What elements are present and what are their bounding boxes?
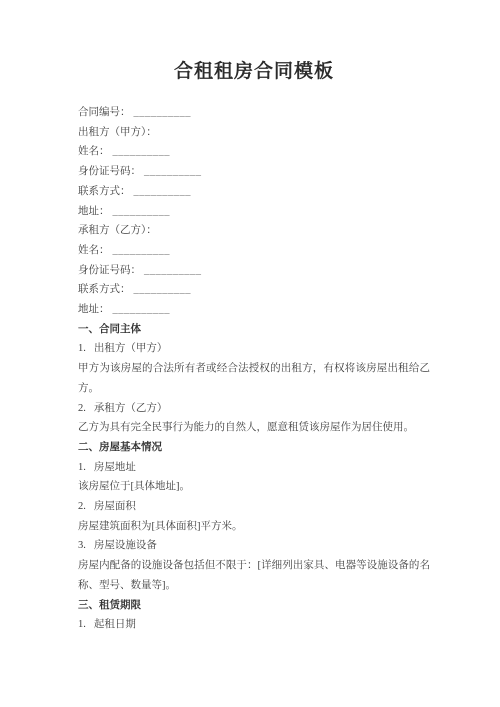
section-1-heading: 一、合同主体 [78,320,430,340]
lessee-name-label: 姓名： [78,245,110,256]
fill-in-blank: __________ [113,206,171,217]
lessee-name-field: 姓名：__________ [78,241,430,261]
lessee-contact-label: 联系方式： [78,284,131,295]
clause-title-text: 房屋设施设备 [94,540,157,551]
lessor-party-label: 出租方（甲方）： [78,123,430,143]
contract-number-field: 合同编号：__________ [78,103,430,123]
fill-in-blank: __________ [144,265,202,276]
clause-title-text: 承租方（乙方） [94,403,168,414]
lessor-name-label: 姓名： [78,146,110,157]
contract-number-label: 合同编号： [78,107,131,118]
lessor-id-field: 身份证号码：__________ [78,162,430,182]
clause-1-2-body: 乙方为具有完全民事行为能力的自然人，愿意租赁该房屋作为居住使用。 [78,418,430,438]
section-3-heading: 三、租赁期限 [78,596,430,616]
clause-title-text: 房屋地址 [94,462,136,473]
document-title: 合租租房合同模板 [78,58,430,86]
clause-number: 2. [78,501,86,512]
clause-number: 2. [78,403,86,414]
clause-2-1-title: 1.房屋地址 [78,458,430,478]
clause-3-1-title: 1.起租日期 [78,615,430,635]
fill-in-blank: __________ [134,186,192,197]
section-2-heading: 二、房屋基本情况 [78,438,430,458]
document-page: 合租租房合同模板 合同编号：__________ 出租方（甲方）： 姓名：___… [0,0,500,707]
clause-number: 1. [78,619,86,630]
clause-1-2-title: 2.承租方（乙方） [78,399,430,419]
clause-1-1-title: 1.出租方（甲方） [78,339,430,359]
clause-title-text: 出租方（甲方） [94,343,168,354]
fill-in-blank: __________ [144,166,202,177]
fill-in-blank: __________ [113,304,171,315]
clause-2-2-title: 2.房屋面积 [78,497,430,517]
clause-number: 1. [78,343,86,354]
lessee-address-label: 地址： [78,304,110,315]
lessor-contact-field: 联系方式：__________ [78,182,430,202]
lessee-address-field: 地址：__________ [78,300,430,320]
fill-in-blank: __________ [134,284,192,295]
clause-number: 3. [78,540,86,551]
fill-in-blank: __________ [113,245,171,256]
clause-title-text: 房屋面积 [94,501,136,512]
clause-2-2-body: 房屋建筑面积为[具体面积]平方米。 [78,517,430,537]
lessor-address-label: 地址： [78,206,110,217]
lessee-id-field: 身份证号码：__________ [78,261,430,281]
clause-title-text: 起租日期 [94,619,136,630]
lessor-name-field: 姓名：__________ [78,142,430,162]
lessee-contact-field: 联系方式：__________ [78,280,430,300]
fill-in-blank: __________ [113,146,171,157]
lessee-party-label: 承租方（乙方）： [78,221,430,241]
lessor-contact-label: 联系方式： [78,186,131,197]
fill-in-blank: __________ [134,107,192,118]
clause-number: 1. [78,462,86,473]
clause-2-1-body: 该房屋位于[具体地址]。 [78,477,430,497]
lessor-id-label: 身份证号码： [78,166,141,177]
clause-1-1-body: 甲方为该房屋的合法所有者或经合法授权的出租方，有权将该房屋出租给乙方。 [78,359,430,398]
lessee-id-label: 身份证号码： [78,265,141,276]
lessor-address-field: 地址：__________ [78,202,430,222]
clause-2-3-body: 房屋内配备的设施设备包括但不限于：[详细列出家具、电器等设施设备的名称、型号、数… [78,556,430,595]
clause-2-3-title: 3.房屋设施设备 [78,536,430,556]
